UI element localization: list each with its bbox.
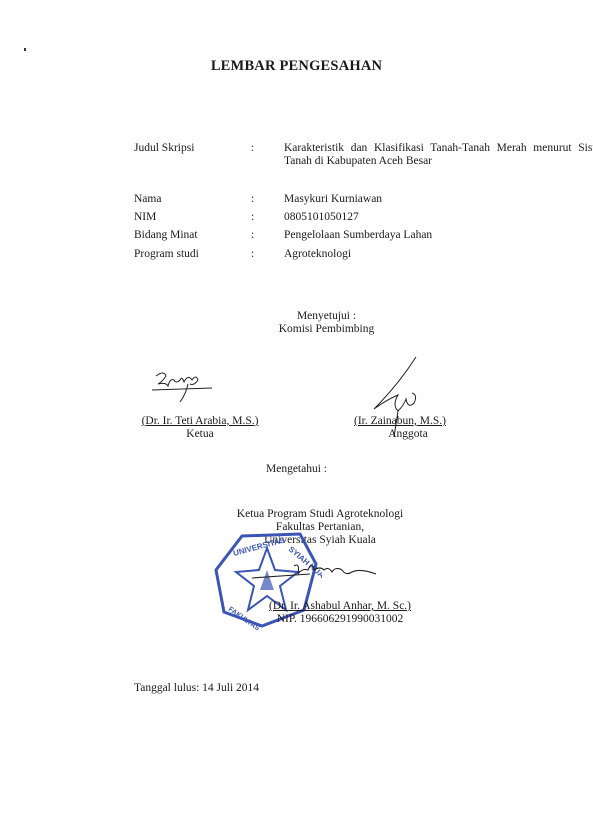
member-block: (Ir. Zainabun, M.S.) Anggota [345, 415, 455, 441]
acknowledge-heading: Mengetahui : [0, 463, 593, 476]
chair-name: (Dr. Ir. Teti Arabia, M.S.) [130, 415, 270, 428]
field-colon: : [251, 193, 254, 206]
head-nip: NIP. 196606291990031002 [240, 613, 440, 626]
field-value: Karakteristik dan Klasifikasi Tanah-Tana… [284, 142, 593, 168]
field-colon: : [251, 142, 254, 155]
ack-line-1: Ketua Program Studi Agroteknologi [210, 508, 430, 521]
field-label: NIM [134, 211, 234, 224]
scan-artifact [24, 48, 26, 51]
field-value: Pengelolaan Sumberdaya Lahan [284, 229, 593, 242]
field-value: 0805101050127 [284, 211, 593, 224]
approval-block: Menyetujui : Komisi Pembimbing [0, 310, 593, 336]
field-colon: : [251, 248, 254, 261]
member-name: (Ir. Zainabun, M.S.) [345, 415, 455, 428]
field-label: Bidang Minat [134, 229, 234, 242]
approval-subheading: Komisi Pembimbing [60, 323, 593, 336]
field-value: Masykuri Kurniawan [284, 193, 593, 206]
approval-heading: Menyetujui : [60, 310, 593, 323]
head-name: (Dr. Ir. Ashabul Anhar, M. Sc.) [240, 600, 440, 613]
field-label: Judul Skripsi [134, 142, 234, 155]
chair-signature-icon [150, 368, 220, 406]
field-value: Agroteknologi [284, 248, 593, 261]
member-role: Anggota [361, 428, 455, 441]
chair-block: (Dr. Ir. Teti Arabia, M.S.) Ketua [130, 415, 270, 441]
field-colon: : [251, 211, 254, 224]
chair-role: Ketua [130, 428, 270, 441]
field-label: Program studi [134, 248, 234, 261]
head-signature-icon [250, 556, 380, 586]
field-label: Nama [134, 193, 234, 206]
page-title: LEMBAR PENGESAHAN [0, 58, 593, 75]
graduation-date: Tanggal lulus: 14 Juli 2014 [134, 682, 259, 694]
field-colon: : [251, 229, 254, 242]
head-block: (Dr. Ir. Ashabul Anhar, M. Sc.) NIP. 196… [240, 600, 440, 626]
